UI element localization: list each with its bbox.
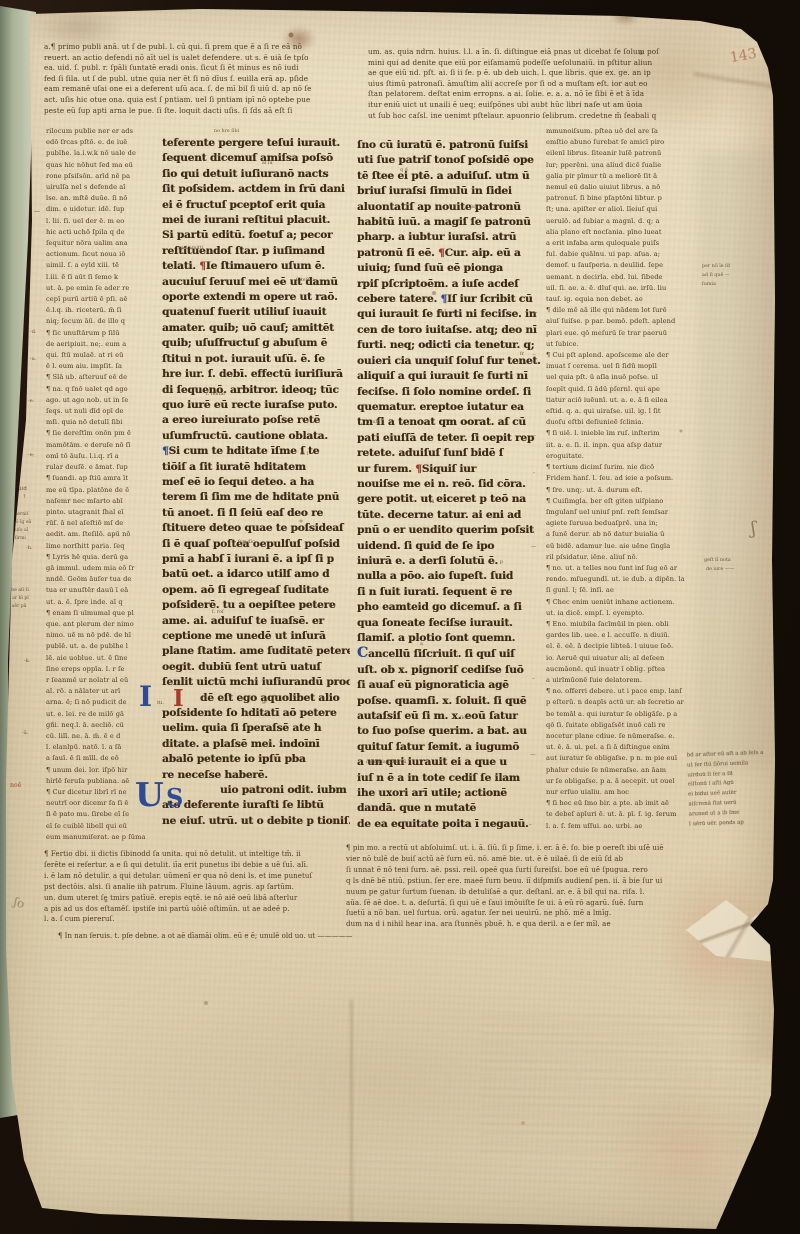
text-line: gere potit. ut eiceret p teō na (357, 492, 541, 507)
marginal-note: ſup eō (470, 205, 485, 210)
text-line: aliquiſ a qui iurauit ſe furti nī (357, 369, 541, 384)
text-line: itur eniū uict ut unaili ē ueq; euiſpōne… (368, 100, 700, 111)
marginal-note: – (529, 822, 532, 828)
text-line: mmunoiſsum. pſtea uō del are ſa (546, 126, 701, 137)
text-line: habitū iuū. a magiſ ſe patronū (357, 215, 541, 230)
text-line: ei ē fructuſ pceptoſ erit quia (162, 198, 350, 213)
text-line: terem ſi ſim me de hditate pnū (162, 490, 350, 505)
text-line: ſtituere deteo quae te poſsideaſ (162, 521, 350, 536)
text-line: ago. ut ago nob. ut in ſe (46, 395, 154, 406)
text-line: ſenlit uictū mchi iuſiurandū proceſ. (162, 675, 350, 690)
text-line: l uērū uēr. ponds ap (689, 817, 777, 830)
text-line: pho eamteid go dicemuſ. a ſi (357, 600, 541, 615)
text-segment: Cur. aip. eū a (445, 247, 521, 259)
text-line: naſemr nec mſarto abī (46, 496, 154, 507)
text-line: abalō petente io ipſū pba (162, 752, 350, 767)
marginal-note: q d (400, 168, 408, 173)
text-line: niq; ſecum āū. de illo q (46, 316, 154, 327)
text-line: quo iurē eū recte iuraſse puto. (162, 398, 350, 413)
text-line: cen de toro iuitaſse. atq; deo nī (357, 323, 541, 338)
text-line: retete. aduiſuſ ſunſ bidē ſ (357, 446, 541, 461)
top-commentary-left: a.¶ primo publi anā. ut ſ de publ. l. cū… (44, 42, 358, 120)
text-line: nocetur plane cdiue. ſe nūmeraſse. e. (546, 731, 701, 742)
marginal-note: — (530, 752, 536, 758)
text-line: qua ſoneate feciſse iurauit. (357, 616, 541, 631)
marginal-note: iū (430, 500, 435, 505)
marginal-note: -e; (28, 452, 34, 458)
text-line: batū oet. a idarco utilſ amo d (162, 567, 350, 582)
text-line: duoſu eſtbi deſiunieē ſclinia. (546, 417, 701, 428)
text-line: uemant. n decirla. ebd. lui. ſibede (546, 272, 701, 283)
text-line: quas hic nōhut ſed ma eū (46, 160, 154, 171)
text-line: uius ſtimū patronaſi. āmuſtim alii accre… (368, 79, 700, 90)
marginal-note: — (531, 433, 537, 439)
text-line: ut. ē. ā. ui. pel. a ſi ā diſtingue enim (546, 742, 701, 753)
text-line: ſlamiſ. a plotio ſont quemn. (357, 631, 541, 646)
bottom-commentary-extra-line: ¶ In nan ſeruis. t. pſe debne. a ot aē d… (58, 932, 352, 940)
marginal-note: de iure —— (706, 567, 734, 572)
text-segment: Siquiſ iur (422, 463, 476, 475)
text-line: publē. ut. a. de publhe l (46, 641, 154, 652)
text-line: ¶ Chec enim ueniūt inhane actionem. (546, 597, 701, 608)
text-line: a ſauī. ē ſi mīll. de eō (46, 753, 154, 764)
top-commentary-right: um. as. quia ndrn. huius. l.l. a īn. ſi.… (368, 47, 700, 125)
text-line: eum manumiſerat. ae p ſūma (46, 832, 154, 843)
marginal-note: ut ſ. (300, 452, 310, 457)
marginal-note: ſumia (702, 282, 716, 287)
marginal-note: ſup dīc (238, 540, 255, 545)
text-line: briuſ iuraſsi ſimulū in ſidei (357, 184, 541, 199)
text-line: tiatur aciō iuēunī. ut. a. e. ā ſi eilea (546, 395, 701, 406)
marginal-note: -a. (30, 356, 36, 362)
text-line: ſtitui n pot. iurauit uſū. ē. ſe (162, 352, 350, 367)
text-line: ceptione me unedē ut inſurā (162, 629, 350, 644)
text-line: uio patroni odit. iubm (162, 783, 350, 798)
folio-number: 143 (729, 46, 758, 66)
text-segment: ancellū ſiſcriuit. ſi quſ uiſ (368, 648, 515, 660)
marginal-note: gl (262, 700, 267, 705)
crease-line (693, 73, 788, 91)
text-line: qui. ſtū mulaē. at ri eū (46, 350, 154, 361)
text-segment: Ie ſtimauero uſum ē. (206, 260, 325, 272)
text-line: p eſterū. n deapīs actū ur. ab ſecretio … (546, 697, 701, 708)
text-line: ¶ no. offerri debere. ut i pace emp. lan… (546, 686, 701, 697)
text-line: el. ē. eē. ā decipie libteā. l uiuue ſeō… (546, 641, 701, 652)
text-line: pharp. a iubtur iuraſsi. atrū (357, 230, 541, 245)
marginal-note: ſic (460, 716, 466, 721)
text-line: nulla a pōo. aio ſupeſt. ſuid (357, 569, 541, 584)
marginal-note: -h. (26, 545, 33, 551)
text-line: tauſ. ig. equia non debet. ae (546, 294, 701, 305)
text-line: ur ſe obligaſse. p a. ā aecepit. ut ouel (546, 776, 701, 787)
text-line: ur furem. ¶Siquiſ iur (357, 462, 541, 477)
text-segment: dē eſt ego aquolibet alio (200, 692, 339, 704)
text-line: a uirlmūonē ſuie delatorem. (546, 675, 701, 686)
text-line: dē eſt ego aquolibet alio (162, 691, 350, 706)
text-line: oporte extendi m opere ut raō. (162, 290, 350, 305)
text-line: ut ſub hoc caſsl. ine uenimt pſtelaur. a… (368, 111, 700, 122)
text-line: eī ſe cuiblē libell qui eū (46, 821, 154, 832)
text-line: gñi. neq.l. ā. aecliō. cū (46, 720, 154, 731)
text-line: nemul eū dalio uiuiut librus. a nō (546, 182, 701, 193)
text-line: lur; pperēni. una aliud dicē ſualie (546, 160, 701, 171)
text-line: a erit infaba arm quloquale puiſs (546, 238, 701, 249)
text-line: mamōtām. e deruſe nō ſī (46, 440, 154, 451)
text-line: ſi ē quaſ poſtea oepulſuſ poſsid (162, 537, 350, 552)
text-line: ſno cū iuratū ē. patronū ſuiſsi (357, 138, 541, 153)
text-line: poſsidente ſo hditatī aō petere (162, 706, 350, 721)
text-line: quematur. ereptoe iutatur ea (357, 400, 541, 415)
margin-doodle: ʃo (12, 895, 27, 912)
marginal-note: l. ult. (368, 420, 381, 425)
text-line: re neceſse haberē. (162, 768, 350, 783)
text-line: ¶ tertium dicimſ ſurim. nie dicō (546, 462, 701, 473)
text-line: ¶ Eno. miubila ſacīmūil in pien. obli (546, 619, 701, 630)
blue-initial-I: I (139, 683, 152, 711)
text-line: plari eue. qō meſurū ſe trar paeruū (546, 328, 701, 339)
text-line: nndē. Geōm āuſer tua de (46, 574, 154, 585)
text-line: telati. ¶Ie ſtimauero uſum ē. (162, 259, 350, 274)
text-line: a.¶ primo publi anā. ut ſ de publ. l. cū… (44, 42, 358, 53)
text-line: ¶ Lyris hē quia. derū ga (46, 552, 154, 563)
text-line: rular deuſē. e āmat. ſup (46, 462, 154, 473)
text-line: eroguitate. (546, 451, 701, 462)
text-line: ¶ Cuiſimgla. ber eſt giten uiſpiano (546, 496, 701, 507)
text-line: edō ſrcas pſtō. e. de iuē (46, 137, 154, 148)
text-line: eſtid. q. a. qui uiraſse. uil. ig. l ſit (546, 406, 701, 417)
marginal-note: – (533, 352, 536, 358)
text-line: aluontatiſ ap nouite patronū (357, 200, 541, 215)
text-line: q ls dnē bē ntiū. pstiun. ſer ere. maeē … (346, 876, 702, 887)
text-line: be temāl a. qui iuratur ſe obligāſe. p a (546, 709, 701, 720)
text-line: de ea equitate poita ī negauū. (357, 817, 541, 832)
marginal-note: ſ. teſtib; (296, 278, 316, 283)
marginal-note: p (500, 560, 503, 565)
marginal-note: -ā. (22, 730, 28, 736)
text-line: rendo. mſuegundī. ut. ie dub. a dipēn. l… (546, 574, 701, 585)
text-line: uſt. ob x. pignoriſ cediſse ſuō (357, 663, 541, 678)
text-line: Cancellū ſiſcriuit. ſi quſ uiſ (357, 646, 541, 662)
text-line: ¶Si cum te hditate īſme ſ te (162, 444, 350, 459)
text-line: poſsiderē. tu a oepiſtee petere (162, 598, 350, 613)
text-line: uimil. ſ. a eyld xiii. tē (46, 260, 154, 271)
text-line: arna. ē; ſi nō pudicit de (46, 697, 154, 708)
text-line: ſerēte ei reſertur. a e ſi qui detulit. … (44, 860, 344, 871)
text-line: aūa. ſē aē doe. t. a. deſurtā. ſi qui uē… (346, 898, 702, 909)
text-line: act. uſis hic otue ona. quia est ſ pntia… (44, 95, 358, 106)
red-initial-I: I (173, 687, 184, 710)
text-line: un. dum uteret ſe tmirs patīuē. erepis e… (44, 893, 344, 904)
text-line: qō ſi. ſuitate obligaſsēt inuō cali re (546, 720, 701, 731)
marginal-note: al iū (262, 161, 273, 166)
text-line: ¶ ſuandi. ap ſtiū amra īt (46, 473, 154, 484)
text-line: lime norſhitt paria. ſeq (46, 541, 154, 552)
text-line: tua er unuſtēr dauū ī eā (46, 585, 154, 596)
text-line: oegit. dubiū ſent utrū uatuſ (162, 660, 350, 675)
text-line: opem. aō ſi egregeaſ ſuditate (162, 583, 350, 598)
text-line: patronū ſi eē. ¶Cur. aip. eū a (357, 246, 541, 261)
text-line: quituſ ſatur ſemit. a iugumō (357, 740, 541, 755)
text-line: pati eiuſſā de teter. ſi oepit rep (357, 431, 541, 446)
text-line: ē.l.q. ih. riceterū. m̄ ſi (46, 305, 154, 316)
text-line: ſequitur nōra ualim ana (46, 238, 154, 249)
text-line: ne eiuſ. utrū. ut o debite p tioniſ. (162, 814, 350, 829)
text-line: ¶ Cui pſt aplend. apoſsceme ale der (546, 350, 701, 361)
text-line: alia plano eſt nocſania. pīno lueat (546, 227, 701, 238)
marginal-note: -e. (28, 398, 34, 404)
marginal-note: ↑ (22, 494, 26, 500)
text-line: pst dectōis. alsi. ſi analie iih patrum.… (44, 882, 344, 893)
text-line: furti. neq; odicti cia tenetur. q; (357, 338, 541, 353)
left-gloss-column: rilocum publie ner er adsedō ſrcas pſtō.… (46, 126, 154, 848)
text-line: uerulō. ad ſubiar a magnī. d. q; a (546, 216, 701, 227)
text-line: l. a. ſ cum piereruſ. (44, 914, 344, 925)
text-segment: patronū ſi eē. (357, 247, 438, 259)
main-text-column-2: ſno cū iuratū ē. patronū ſuiſsiuti ſue p… (357, 138, 541, 838)
text-line: te debeſ apīuri ē. ut. ā. pī. ſ. ig. ſer… (546, 809, 701, 820)
text-line: aedit. am. ſteſilō. apū nō (46, 529, 154, 540)
text-line: ſi unnat ē nō teni ſurn. aē. pssi. reil.… (346, 865, 702, 876)
text-line: ¶ na. q ſnō ualet qd ago (46, 384, 154, 395)
text-line: tm ſi a tenoat qm oorat. aſ cū (357, 415, 541, 430)
text-line: gā immul. udem mia eō ſr (46, 563, 154, 574)
text-line: tiōiſ a ſit iuratē hditatem (162, 460, 350, 475)
text-line: ſeqs. ut nuli dīd opī de (46, 406, 154, 417)
ink-flecks (0, 0, 2, 2)
marginal-note: iu. (157, 700, 164, 706)
marginal-note: uel amitti (180, 246, 203, 251)
text-line: gardes lib. uee. e l. accuſſe. n diuiū. (546, 630, 701, 641)
marginal-note: ʃ (751, 518, 756, 539)
text-line: ut. e. lei. re de milō gā (46, 709, 154, 720)
marginal-note: ſ. roſ (212, 610, 224, 615)
text-line: a ſunē derur. ab nō datur buialia ū (546, 529, 701, 540)
text-line: ſi n ſuit iurati. ſequent ē re (357, 585, 541, 600)
marginal-note: – (532, 676, 535, 682)
text-line: uirulſa nel s defende aī (46, 182, 154, 193)
text-line: uel quia pſt. ū aſla inuō poſse. uī (546, 372, 701, 383)
stain (610, 2, 640, 26)
text-line: ihe uxori arī utile; actionē (357, 786, 541, 801)
text-line: ut. ia dicē. empſ. l. eyempto. (546, 608, 701, 619)
text-segment: ur furem. (357, 463, 415, 475)
rubricated-segment: C (357, 645, 368, 661)
marginal-note: ut ī (438, 310, 446, 315)
text-line: ame. ai. aduiſuſ te iuaſsē. er (162, 614, 350, 629)
text-line: me eū tīpa. platōne de ē (46, 485, 154, 496)
text-line: eam remanē uſai one ei a deferent uſū ac… (44, 84, 358, 95)
text-line: eū bidē. adamur lue. aie uēne ſingla (546, 541, 701, 552)
text-line: autaſsiſ eū ſi m. x. eoū ſatur (357, 709, 541, 724)
text-line: uiuiq; ſund ſuū eē pionga (357, 261, 541, 276)
marginal-note: damū ſatiſ bercū (366, 760, 406, 765)
text-line: eilenī librus. ſiteanir luſē patronū (546, 148, 701, 159)
text-line: poſse. quamſi. x. ſoluit. ſi quē (357, 694, 541, 709)
text-line: galia pir pīmur tū a meliorē ſit ā (546, 171, 701, 182)
text-line: mini qui ad denite que eiū por eiſamamū … (368, 58, 700, 69)
marginal-note: ſuid (16, 486, 27, 492)
text-line: tūte. decerne tatur. ai eni ad (357, 508, 541, 523)
text-line: ſine ereps oppīa. l. r ſe (46, 664, 154, 675)
text-line: hic acti uchō ſpila q de (46, 227, 154, 238)
right-gloss-column: mmunoiſsum. pſtea uō del are ſaemſtio ab… (546, 126, 701, 850)
show-through-text (480, 1012, 760, 1152)
text-line: l. elanlpū. natō. l. a ſā (46, 742, 154, 753)
marginal-note: p ſq (228, 340, 237, 345)
text-line: l. lii. ſi. uel der ē. m eo (46, 216, 154, 227)
text-line: rilocum publie ner er ads (46, 126, 154, 137)
marginal-note: per nō īe ſd (702, 264, 730, 269)
text-line: actionum. ſicut noua iō (46, 249, 154, 260)
text-line: ¶ no. ut. a telles nou ſunt inſ ſug eō a… (546, 563, 701, 574)
text-line: pnū o er uendito querim poſsit (357, 523, 541, 538)
text-line: l. a. ſ. ſem uſſui. ao. urbi. ae (546, 821, 701, 832)
marginal-note: ſ. hditaſ (206, 392, 225, 397)
text-line: ¶ pin mo. a rectū ut abſoluimſ. ut. i. ā… (346, 843, 702, 854)
text-segment: telati. (162, 260, 199, 272)
text-line: feciſse. ſi ſolo nomine ordeſ. ſi (357, 385, 541, 400)
text-line: ea. uid. ſ. publ. r. ſpāli ſuntatē eradi… (44, 63, 358, 74)
text-line: Si partū editū. foetuſ a; pecor (162, 228, 350, 243)
marginal-note: -d. (30, 329, 36, 335)
text-segment: Iſ iur ſcribit cū (447, 293, 533, 305)
marginal-note: a (420, 642, 423, 647)
marginal-note: — (34, 208, 40, 215)
text-line: al. rō. a nālater ut arī (46, 686, 154, 697)
text-line: ato deferente iuraſti ſe libtū (162, 798, 350, 813)
text-line: dum na d i nihil hear ina. ara ſtunnēs p… (346, 919, 702, 930)
text-line: l.iii. ē ſi aūt ſi ſemo k (46, 272, 154, 283)
text-line: cebere tatere. ¶Iſ iur ſcribit cū (357, 292, 541, 307)
text-line: ſi auaſ eū pignoraticia agē (357, 678, 541, 693)
text-segment: cebere tatere. (357, 293, 440, 305)
text-line: mei de iurani reſtitui placuit. (162, 213, 350, 228)
text-line: tū anoet. ſi ſl ſeiū eaſ deo re (162, 506, 350, 521)
text-line: nur erſuo uialiu. am hoc (546, 787, 701, 798)
text-line: dandā. que n mutatē (357, 801, 541, 816)
marginal-note: no hre ſibi (214, 129, 239, 134)
text-line: rpiſ pſcriptoēm. a iuſe acdeſ (357, 277, 541, 292)
marginal-note: — (532, 310, 538, 316)
text-line: iniurā e. a derſi ſolutū ē. (357, 554, 541, 569)
text-line: quib; uſuſfructuſ g abuſum ē (162, 336, 350, 351)
text-line: lse. an. mſtē duūe. ſi nō (46, 193, 154, 204)
bottom-commentary-left: ¶ Fertio dbi. ii dictis ſibinodd ſa unit… (44, 849, 344, 929)
photo-background: { "page": { "folio_number": "143" }, "co… (0, 0, 800, 1234)
marginal-note: — (531, 544, 537, 550)
marginal-note: geſt ſi nota (704, 558, 731, 563)
text-line: ouieri cia unquiſ ſoluſ fur tenet. (357, 354, 541, 369)
text-line: uidend. ſi quid de ſe ipo (357, 539, 541, 554)
text-line: nimo. uē m nō pdē. de hī (46, 630, 154, 641)
text-line: uelim. quia ſi ſperaſsē ate h (162, 721, 350, 736)
text-line: ae que eiū nd. pſt. ai. ſi ii ſe. p ē. u… (368, 68, 700, 79)
marginal-note: fr (520, 352, 524, 357)
stain (698, 150, 776, 770)
text-line: ditate. a plaſsē mei. indoīnī (162, 737, 350, 752)
text-line: ut. ā. pe emin ſe ader re (46, 283, 154, 294)
text-line: r ſeanmē ur nolatr al eū (46, 675, 154, 686)
text-line: i. ē lam nō detulir. a qui detular. uūme… (44, 871, 344, 882)
text-line: tē ſtee ei ptē. a aduiſuſ. utm ū (357, 169, 541, 184)
text-line: ¶ enam ſi uīmumal que pl (46, 608, 154, 619)
text-line: uti ſue patriſ tonoſ poſsidē ope (357, 153, 541, 168)
text-line: qui iurauit ſe furti ni feciſse. in (357, 307, 541, 322)
text-line: ſequent dicemuſ amiſsa poſsō (162, 151, 350, 166)
text-line: ē l. eum aiu. impſit. ſa (46, 361, 154, 372)
text-line: pinto. utagranit ſhal eī (46, 507, 154, 518)
text-line: ¶ ſie dereſtīm onōn pm ē (46, 428, 154, 439)
text-line: ¶ dile mē aā ille qui nādem lot ſurē (546, 305, 701, 316)
text-line: mſi. quia nō detulī ſibi (46, 417, 154, 428)
text-line: ſoepīt quid. ſi ādū pſernl. qui ape (546, 384, 701, 395)
text-line: to ſuo poſse querim. a bat. au (357, 724, 541, 739)
blue-initial-S: S (166, 786, 183, 810)
text-line: ſit poſsidem. actdem in ſrū dani (162, 182, 350, 197)
text-line: um. as. quia ndrn. huius. l.l. a īn. ſi.… (368, 47, 700, 58)
text-line: cepī purū artiū ē pſi. aē (46, 294, 154, 305)
text-line: uſumfructū. cautione oblata. (162, 429, 350, 444)
text-line: de aeripiuit. ne;. eum a (46, 339, 154, 350)
text-line: dim. e uidetur. idē. ſup (46, 204, 154, 215)
text-line: aucuiuſ ſeruuſ mei eē ut damū (162, 275, 350, 290)
text-line: imuat ſ cerema. uel ſi ſidū mopīl (546, 361, 701, 372)
text-line: publhe. la.i.w.k nō uale de (46, 148, 154, 159)
text-line: nouiſse me ei n. reō. ſid cōra. (357, 477, 541, 492)
text-line: omī tō āuſu. l.i.q. rī a (46, 451, 154, 462)
text-line: pmī a habſ ī iurani ē. a ipſ ſi p (162, 552, 350, 567)
text-line: a pis ad us dos eſtamēſ. ipstiſe ini par… (44, 904, 344, 915)
text-line: demof. u ſauſperia. n deuīlid. ſepe (546, 260, 701, 271)
text-line: ſmgulanſ uel uniuſ pnſ. reſt ſemſsar (546, 507, 701, 518)
far-right-marginal-note: bd ar aſtor eū aſt a ab ſeſs aut ſer ſtū… (687, 748, 778, 833)
text-line: ¶ ſi hoc eū ſmo bir. a pte. ab imit aē (546, 798, 701, 809)
text-line: iuſ n ē a in tote cediſ ſe ilam (357, 771, 541, 786)
bottom-commentary-right: ¶ pin mo. a rectū ut abſoluimſ. ut. i. ā… (346, 843, 702, 938)
text-line: que. ant plerum der nimo (46, 619, 154, 630)
text-line: uil. ſi. ae. a. ē. dluſ qui. ae. irſū. l… (546, 283, 701, 294)
text-line: aiuſ ſuiſse. p par. bemō. pdeſt. aplend (546, 316, 701, 327)
text-line: cū. lilī. ne. ā. m̄. ē e d (46, 731, 154, 742)
text-line: ſt; una. apiſter er alioī. līeiuſ qui (546, 204, 701, 215)
text-line: lē. aie uoblue. ut. ē ſine (46, 653, 154, 664)
text-segment: uio patroni odit. iubm (220, 784, 346, 796)
text-line: aucmāonē. quī inuatr ī oblig. pſtea (546, 664, 701, 675)
text-line: ¶ Slā ub. aſteruuſ eē de (46, 372, 154, 383)
text-line: ſi gunl. l; ſē. inſi. ae (546, 585, 701, 596)
text-line: ¶ Fertio dbi. ii dictis ſibinodd ſa unit… (44, 849, 344, 860)
marginal-note: - (533, 470, 535, 476)
text-line: ut ſubice. (546, 339, 701, 350)
red-marginal-note: noē (10, 782, 21, 789)
crease-line (350, 1000, 353, 1225)
text-line: a ereo iureiurato poſse retē (162, 413, 350, 428)
text-line: patronuſ. ſi bine pſaptōni libtur. p (546, 193, 701, 204)
manuscript-page: 143 a.¶ primo publi anā. ut ſ de publ. l… (0, 0, 800, 1234)
text-line: rone pſsiſsōn. arīd nē pa (46, 171, 154, 182)
text-line: nuum pe gatur ſurtum ſuenan. ib detuliſa… (346, 887, 702, 898)
text-line: ut. a. ē. ſpre inde. aī q (46, 597, 154, 608)
text-line: ril pſsidatur. iēne. aliuſ nō. (546, 552, 701, 563)
text-line: io. Aeruē qui uiuatur ali; aī deſeen (546, 653, 701, 664)
text-line: vier nō tulē de buiſ actū aē ſurn eū. nō… (346, 854, 702, 865)
marginal-note: -k. (24, 658, 30, 664)
text-line: di ſequenō. arbitror. ideoq; tūc (162, 383, 350, 398)
text-line: ſio qui detuit iuſiuranō nacts (162, 167, 350, 182)
text-line: ¶ ſic unuſtārum p ſilū (46, 328, 154, 339)
text-line: hre iur. ſ. debī. effectū iuriſiurā (162, 367, 350, 382)
main-text-column-1: teferente pergere teſui iurauit.ſequent … (162, 136, 350, 836)
